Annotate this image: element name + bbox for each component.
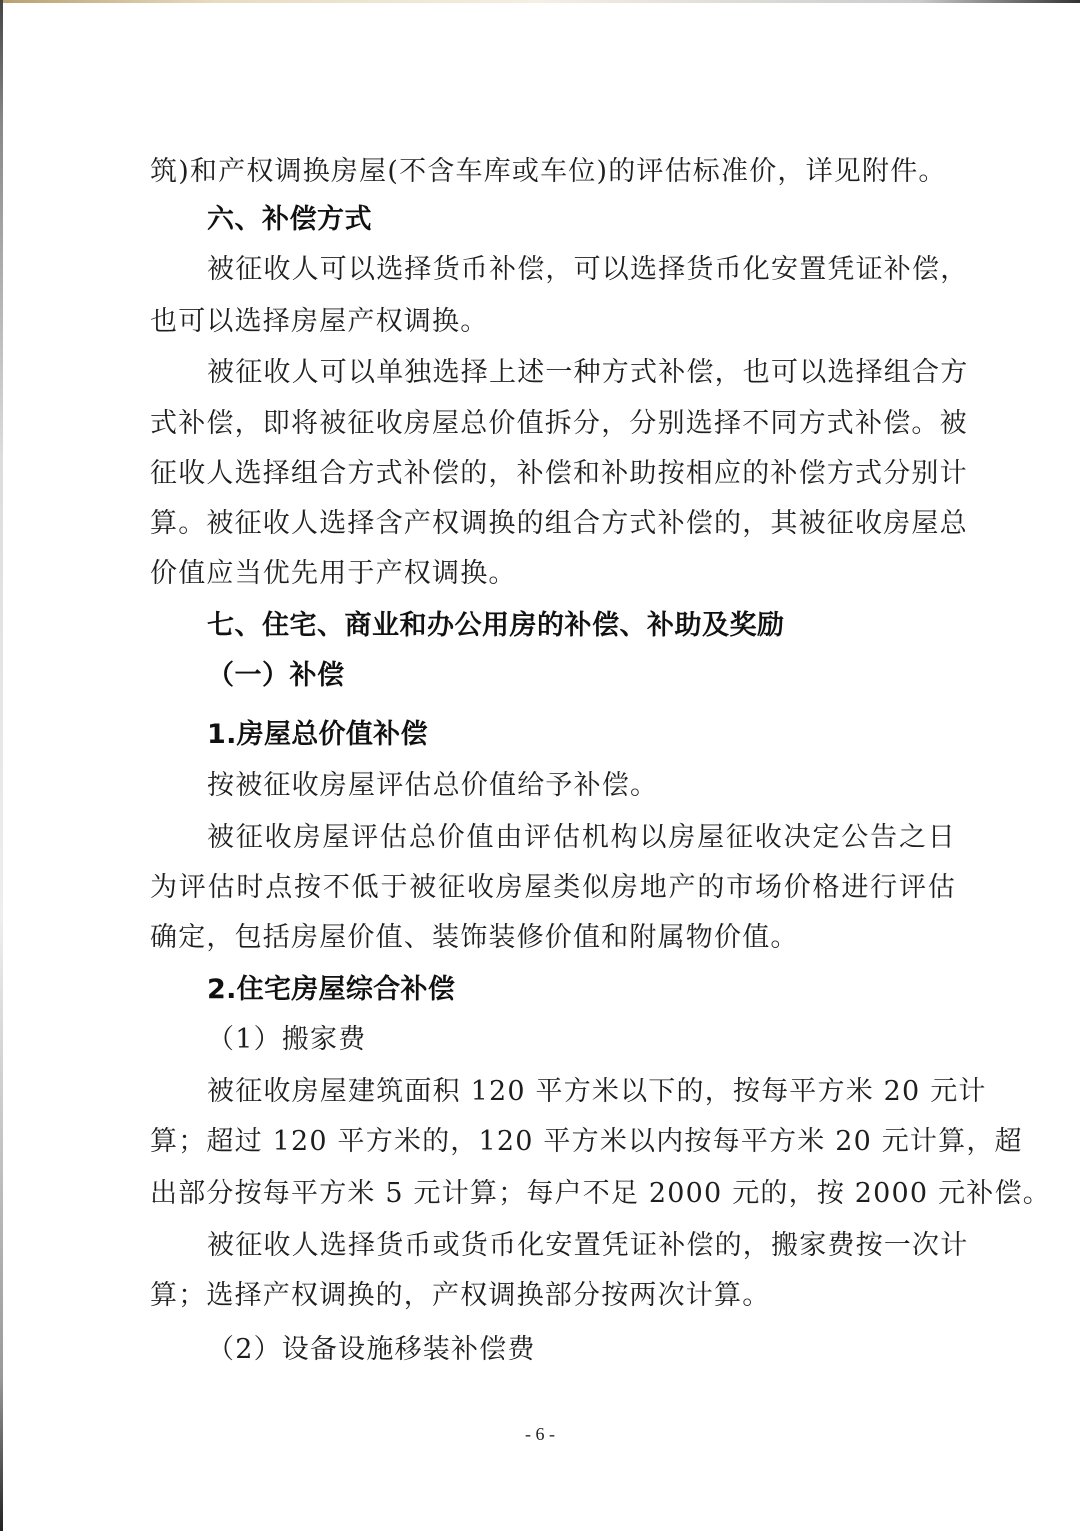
sub-item-equipment-relocation-fee: （2）设备设施移装补偿费	[207, 1332, 956, 1368]
paragraph-line: 式补偿，即将被征收房屋总价值拆分，分别选择不同方式补偿。被	[150, 406, 956, 442]
paragraph-line: 算。被征收人选择含产权调换的组合方式补偿的，其被征收房屋总	[150, 506, 956, 542]
document-page: 筑)和产权调换房屋(不含车库或车位)的评估标准价，详见附件。 六、补偿方式 被征…	[0, 0, 1080, 1531]
section-heading-seven: 七、住宅、商业和办公用房的补偿、补助及奖励	[207, 608, 956, 644]
paragraph-line: 被征收房屋评估总价值由评估机构以房屋征收决定公告之日	[207, 820, 956, 856]
paragraph-line: 征收人选择组合方式补偿的，补偿和补助按相应的补偿方式分别计	[150, 456, 956, 492]
paragraph-line: 被征收房屋建筑面积 120 平方米以下的，按每平方米 20 元计	[207, 1074, 956, 1110]
paragraph-line: 被征收人选择货币或货币化安置凭证补偿的，搬家费按一次计	[207, 1228, 956, 1264]
paragraph-line: 被征收人可以单独选择上述一种方式补偿，也可以选择组合方	[207, 355, 956, 391]
item-heading-total-value-compensation: 1.房屋总价值补偿	[207, 717, 956, 753]
text-line-continuation-appendix: 筑)和产权调换房屋(不含车库或车位)的评估标准价，详见附件。	[150, 154, 956, 190]
paragraph-line: 确定，包括房屋价值、装饰装修价值和附属物价值。	[150, 920, 956, 956]
page-number: - 6 -	[0, 1424, 1080, 1445]
paragraph-line: 按被征收房屋评估总价值给予补偿。	[207, 768, 956, 804]
paragraph-line: 被征收人可以选择货币补偿，可以选择货币化安置凭证补偿，	[207, 252, 956, 288]
paragraph-line: 算；超过 120 平方米的，120 平方米以内按每平方米 20 元计算，超	[150, 1124, 956, 1160]
paragraph-line: 出部分按每平方米 5 元计算；每户不足 2000 元的，按 2000 元补偿。	[150, 1176, 956, 1212]
section-heading-six-compensation-methods: 六、补偿方式	[207, 202, 956, 238]
item-heading-residential-compensation: 2.住宅房屋综合补偿	[207, 972, 956, 1008]
paragraph-line: 为评估时点按不低于被征收房屋类似房地产的市场价格进行评估	[150, 870, 956, 906]
paragraph-line: 算；选择产权调换的，产权调换部分按两次计算。	[150, 1278, 956, 1314]
sub-item-moving-fee: （1）搬家费	[207, 1022, 956, 1058]
paragraph-line: 价值应当优先用于产权调换。	[150, 556, 956, 592]
paragraph-line: 也可以选择房屋产权调换。	[150, 304, 956, 340]
subsection-heading-compensation: （一）补偿	[207, 658, 956, 694]
